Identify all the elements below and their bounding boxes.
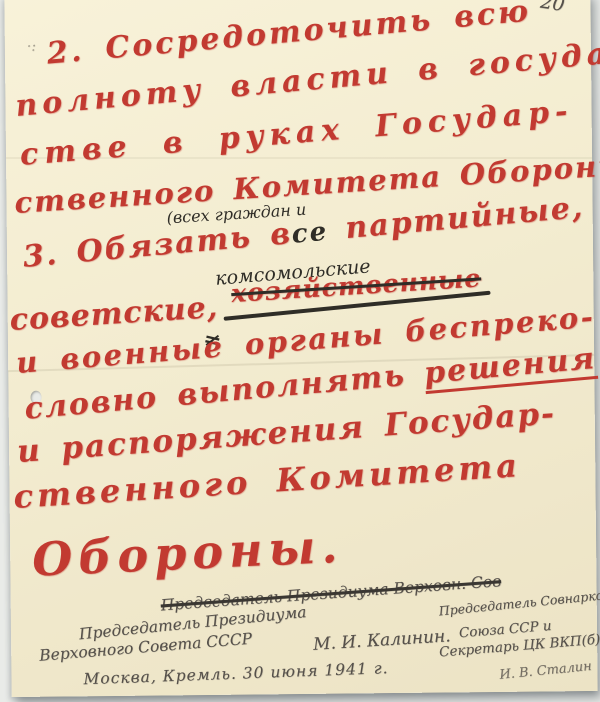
stray-marks: ·: (27, 39, 36, 55)
stalin-signature: И. В. Сталин (499, 659, 593, 683)
page-number: 20 (539, 0, 566, 16)
document-page: 20 ·: 2. Сосредоточить всю полноту власт… (4, 0, 597, 697)
kalinin-signature: М. И. Калинин. (313, 626, 452, 655)
document-scan: 20 ·: 2. Сосредоточить всю полноту власт… (0, 0, 600, 702)
dateline: Москва, Кремль. 30 июня 1941 г. (83, 659, 389, 688)
line7-sovetskie: советские, (9, 290, 220, 338)
manuscript-line-12: Обороны. (31, 519, 344, 587)
line5-red-end: партийные, (344, 190, 586, 246)
line5-black-edit: се (291, 217, 330, 250)
line9-underlined-word: решения (423, 341, 598, 394)
